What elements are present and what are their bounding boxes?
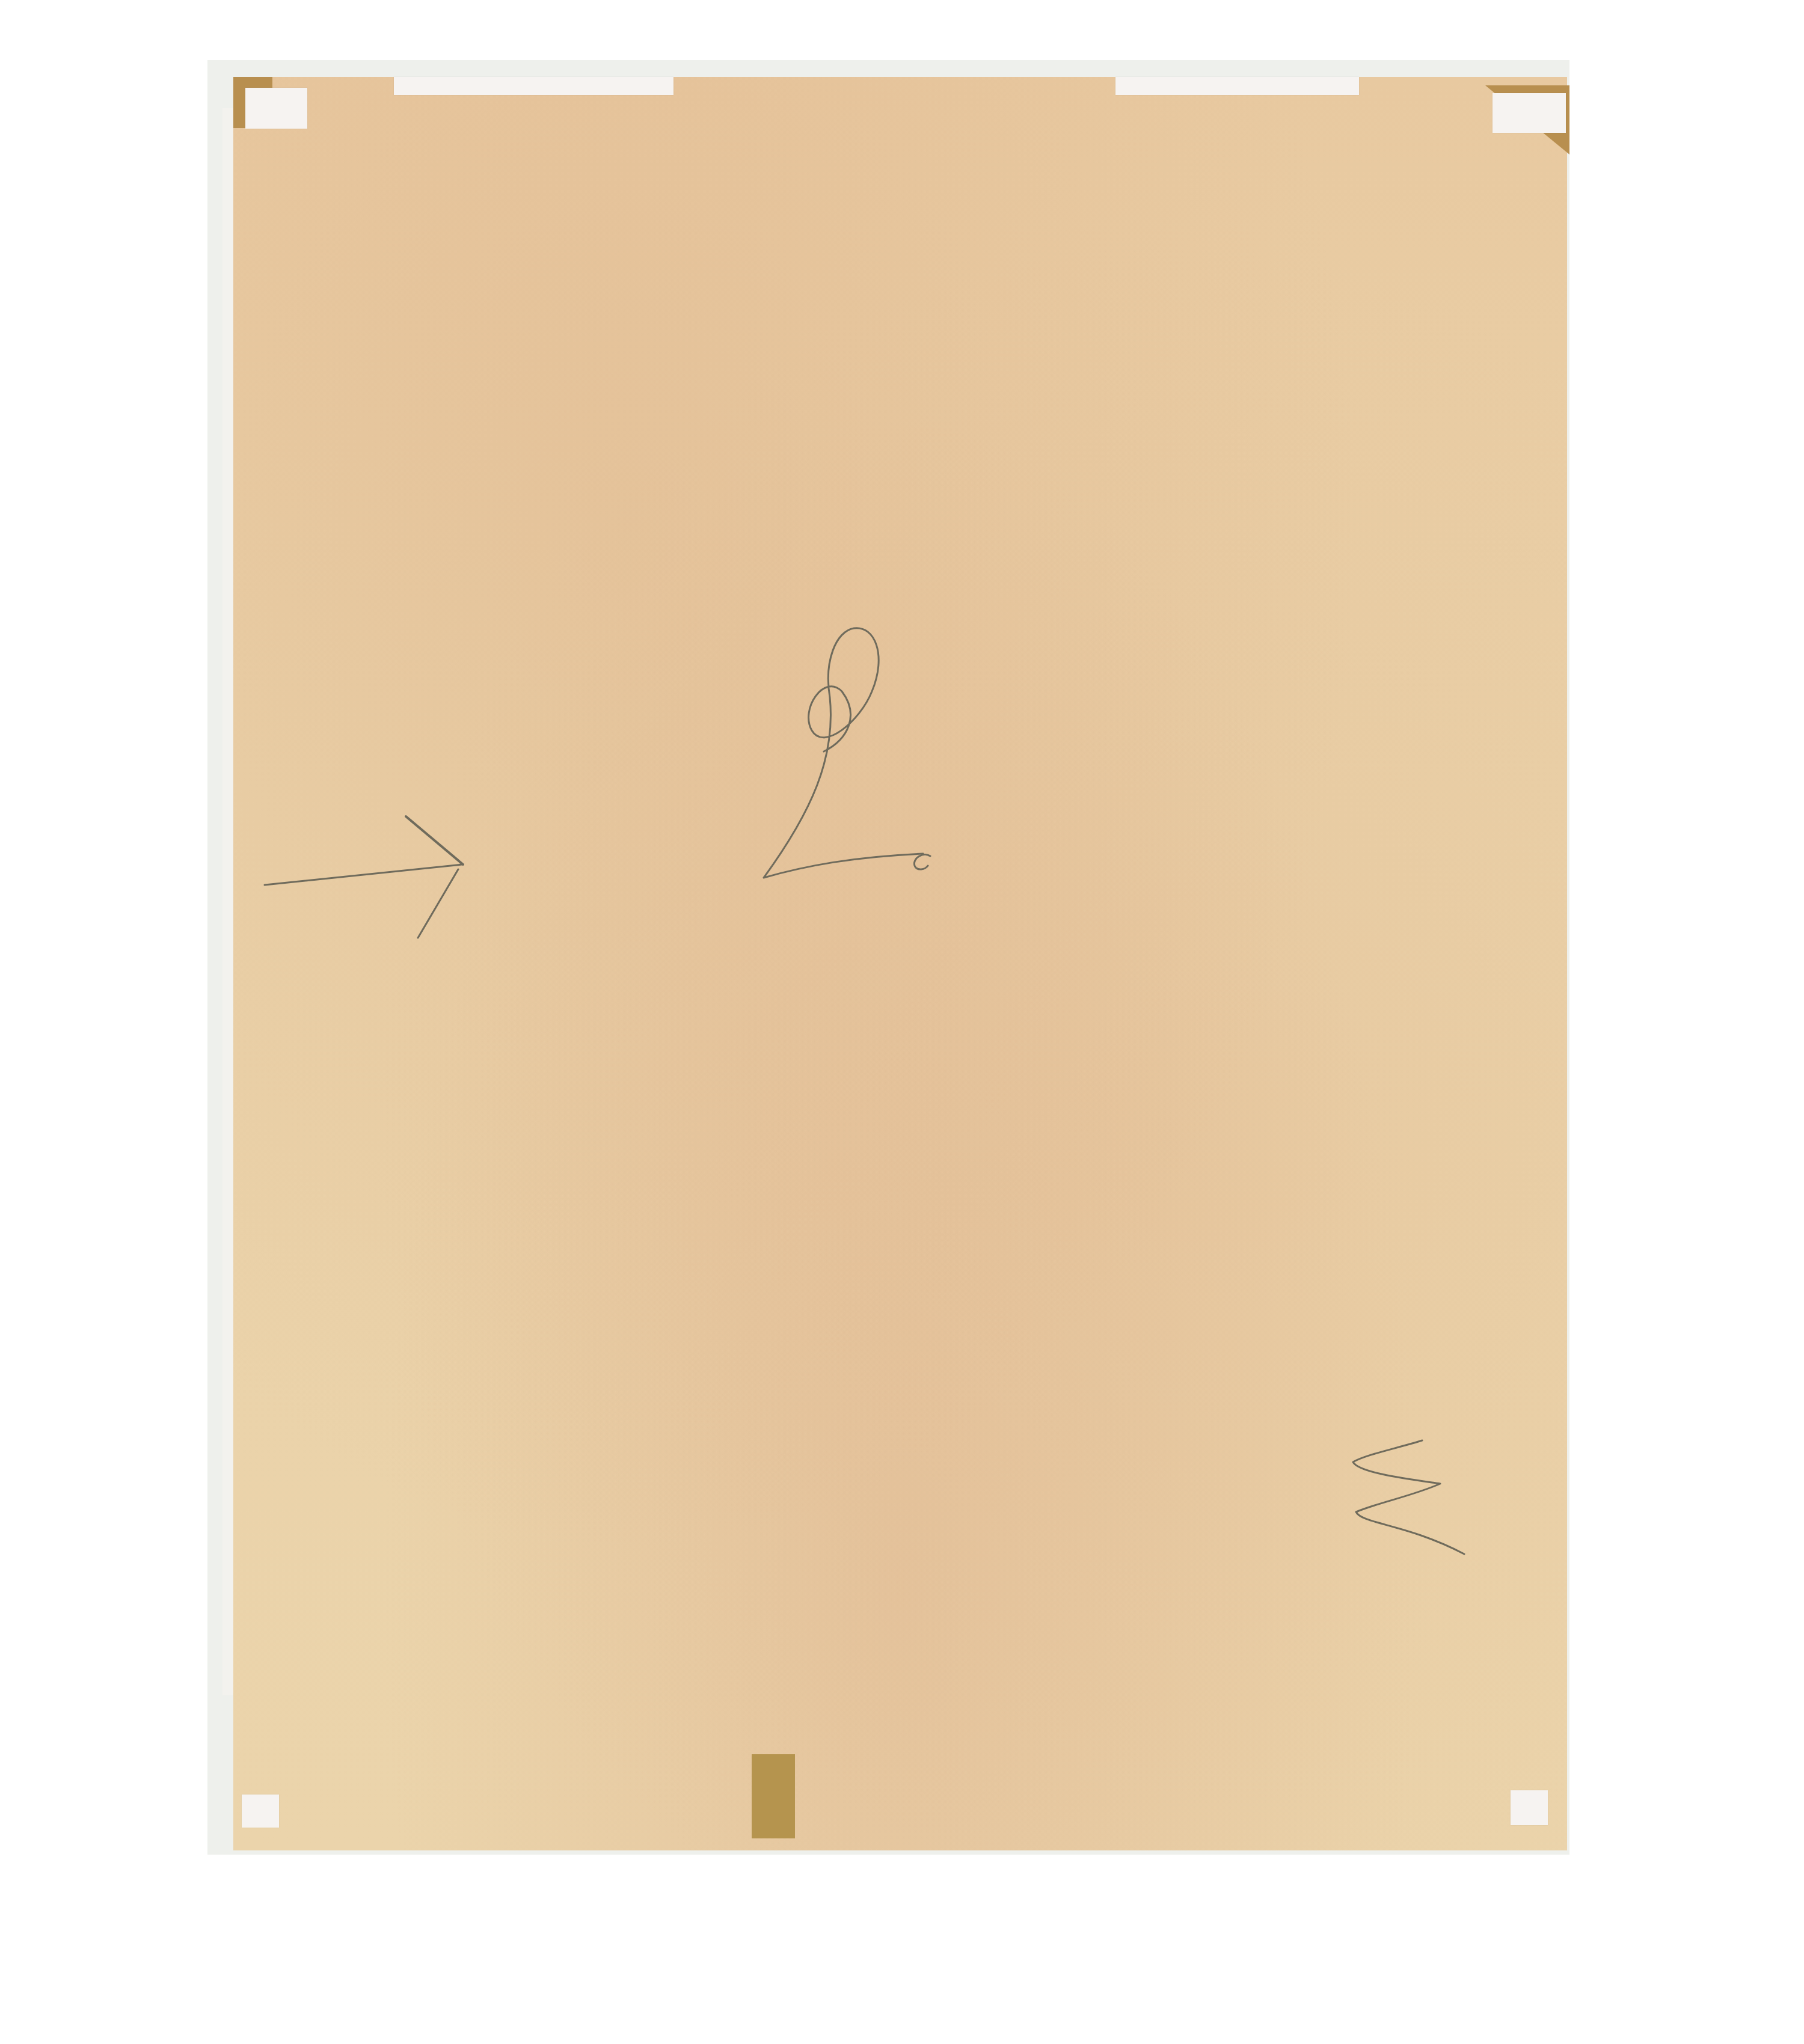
- bottom-right-corner-tape: [1511, 1790, 1548, 1825]
- top-tape-strip-left: [394, 77, 673, 95]
- top-left-corner-tape: [245, 88, 307, 129]
- arrow-icon: [259, 794, 475, 950]
- bottom-center-brown-tape: [752, 1754, 795, 1838]
- pencil-number-2: [722, 601, 950, 890]
- bottom-left-corner-tape: [242, 1795, 279, 1828]
- top-tape-strip-right: [1115, 77, 1359, 95]
- pencil-zigzag-mark: [1317, 1419, 1473, 1563]
- paper-sheet: [233, 77, 1567, 1850]
- top-right-corner-tape: [1493, 93, 1566, 133]
- pencil-letter-c: [905, 848, 941, 878]
